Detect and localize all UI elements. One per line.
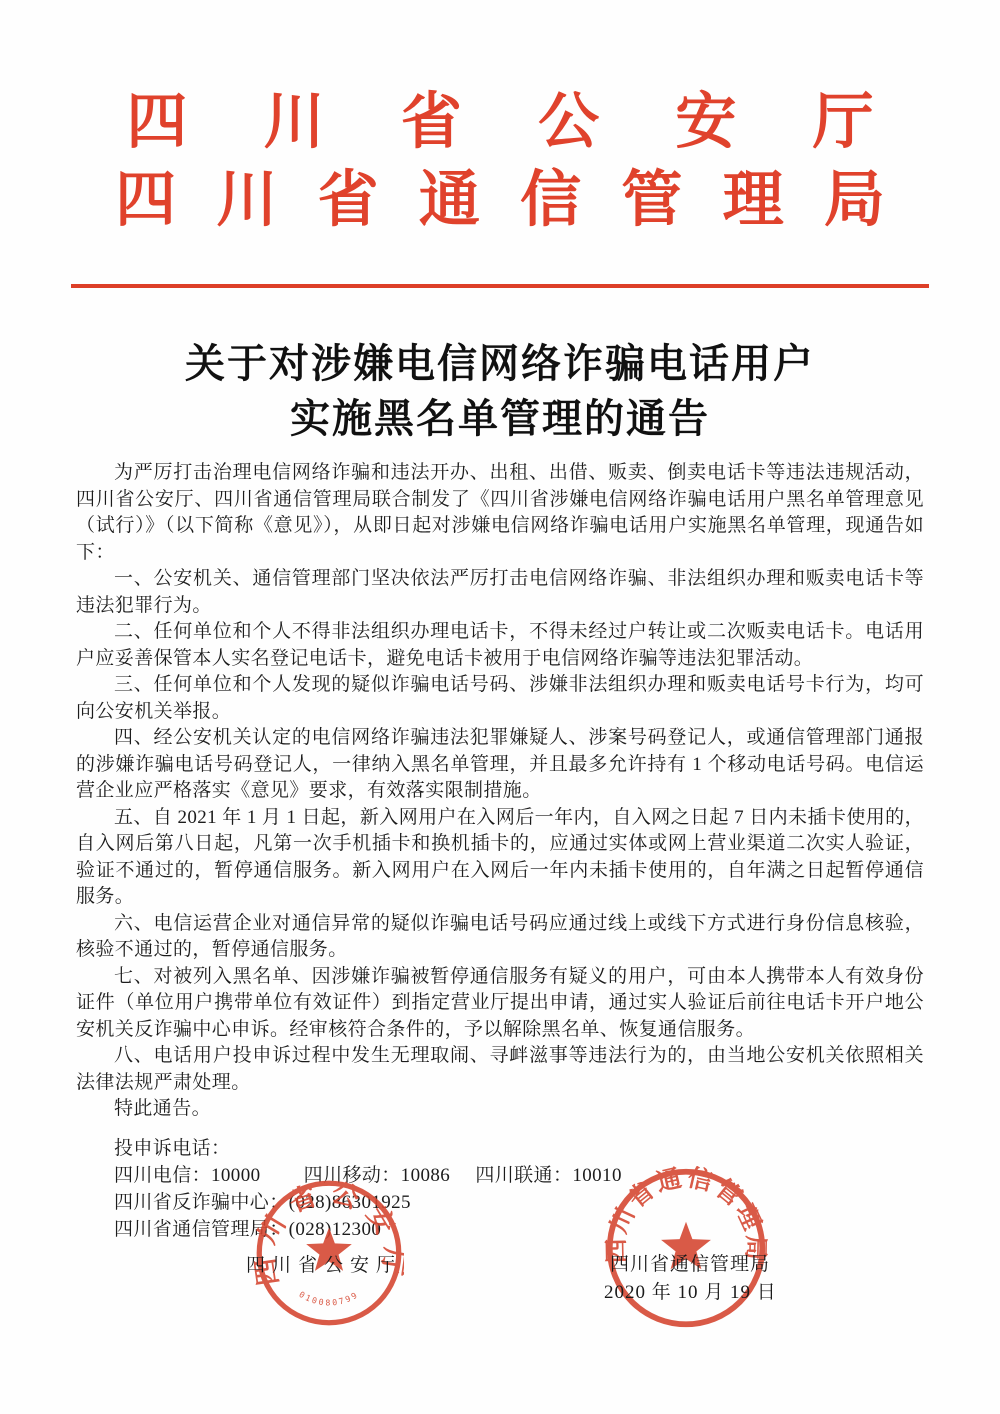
official-seal-comms-admin: 四川省通信管理局	[604, 1166, 768, 1330]
signature-public-security: 四川省公安厅	[246, 1250, 402, 1277]
agency-name-line2-text: 四川省通信管理局	[115, 167, 925, 234]
notice-document: 四川省公安厅 四川省通信管理局 关于对涉嫌电信网络诈骗电话用户 实施黑名单管理的…	[0, 0, 1000, 1414]
notice-paragraph: 七、对被列入黑名单、因涉嫌诈骗被暂停通信服务有疑义的用户，可由本人携带本人有效身…	[76, 964, 924, 1044]
notice-paragraph: 为严厉打击治理电信网络诈骗和违法开办、出租、出借、贩卖、倒卖电话卡等违法违规活动…	[76, 460, 924, 566]
agency-name-line2: 四川省通信管理局	[0, 162, 1000, 240]
notice-title: 关于对涉嫌电信网络诈骗电话用户 实施黑名单管理的通告	[0, 336, 1000, 446]
header-divider	[71, 284, 929, 288]
contacts-heading: 投申诉电话：	[114, 1135, 924, 1162]
notice-paragraph: 二、任何单位和个人不得非法组织办理电话卡，不得未经过户转让或二次贩卖电话卡。电话…	[76, 619, 924, 672]
agency-name-line1-text: 四川省公安厅	[126, 89, 950, 156]
carrier-telecom-hotline: 四川电信：10000	[114, 1162, 261, 1189]
notice-paragraph: 六、电信运营企业对通信异常的疑似诈骗电话号码应通过线上或线下方式进行身份信息核验…	[76, 911, 924, 964]
notice-paragraph: 五、自 2021 年 1 月 1 日起，新入网用户在入网后一年内，自入网之日起 …	[76, 805, 924, 911]
signature-comms-admin: 四川省通信管理局	[610, 1249, 770, 1276]
carrier-unicom-hotline: 四川联通：10010	[475, 1162, 622, 1189]
anti-fraud-center-hotline: 四川省反诈骗中心：(028)86301925	[114, 1189, 924, 1216]
notice-paragraph: 一、公安机关、通信管理部门坚决依法严厉打击电信网络诈骗、非法组织办理和贩卖电话卡…	[76, 566, 924, 619]
carrier-hotlines: 四川电信：10000 四川移动：10086 四川联通：10010	[114, 1162, 924, 1189]
signature-date: 2020 年 10 月 19 日	[604, 1277, 777, 1304]
admin-bureau-hotline: 四川省通信管理局：(028)12300	[114, 1216, 924, 1243]
notice-title-line2: 实施黑名单管理的通告	[0, 391, 1000, 446]
notice-paragraph: 八、电话用户投申诉过程中发生无理取闹、寻衅滋事等违法行为的，由当地公安机关依照相…	[76, 1043, 924, 1096]
letterhead: 四川省公安厅 四川省通信管理局	[0, 0, 1000, 288]
notice-title-line1: 关于对涉嫌电信网络诈骗电话用户	[0, 336, 1000, 391]
agency-name-line1: 四川省公安厅	[0, 84, 1000, 162]
notice-paragraph: 三、任何单位和个人发现的疑似诈骗电话号码、涉嫌非法组织办理和贩卖电话号卡行为，均…	[76, 672, 924, 725]
notice-closing: 特此通告。	[76, 1096, 924, 1123]
notice-body: 为严厉打击治理电信网络诈骗和违法开办、出租、出借、贩卖、倒卖电话卡等违法违规活动…	[76, 460, 924, 1123]
complaint-contacts: 投申诉电话： 四川电信：10000 四川移动：10086 四川联通：10010 …	[76, 1135, 924, 1243]
notice-paragraph: 四、经公安机关认定的电信网络诈骗违法犯罪嫌疑人、涉案号码登记人，或通信管理部门通…	[76, 725, 924, 805]
